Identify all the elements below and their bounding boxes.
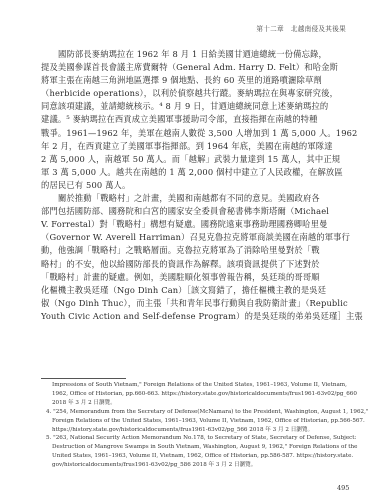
body-line: （Governor W. Averell Harriman）召見克魯拉克將軍商談…: [41, 231, 370, 244]
body-line: 化樞機主教吳廷瑾（Ngo Dinh Can）［該文寫錯了，擔任樞機主教的是吳廷: [41, 284, 370, 297]
body-line: （herbicide operations），以利於偵察越共行蹤。麥納瑪拉在與專…: [41, 87, 370, 100]
footnote-line: Foreign Relations of the United States, …: [41, 417, 370, 426]
body-line: 略村」的不安，他以給國防部長的資訊作為解釋。該項資訊提供了下述對於: [41, 258, 370, 271]
running-head: 第十二章 北越南侵及其後果: [256, 23, 346, 33]
body-line: 建議。⁵ 麥納瑪拉在西貢成立美國軍事援助司令部，直接指揮在南越的特種: [41, 113, 370, 126]
footnote-number: 5.: [46, 435, 51, 441]
body-line: V. Forrestal）對「戰略村」構想有疑慮。國務院遠東事務助理國務卿哈里曼: [41, 218, 370, 231]
page-number: 495: [337, 484, 349, 492]
body-line: 的居民已有 500 萬人。: [41, 179, 370, 192]
footnote-line: 2018 年 3 月 2 日瀏覽。: [41, 399, 370, 408]
footnote-text: "254, Memorandum from the Secretary of D…: [53, 409, 368, 415]
body-line: 關於推動「戰略村」之計畫，美國和南越都有不同的意見。美國政府各: [41, 192, 370, 205]
footnote-line[interactable]: gov/historicaldocuments/frus1961-63v02/p…: [41, 461, 370, 470]
body-line: 同意該項建議，並請總統核示。⁴ 8 月 9 日，甘迺迪總統同意上述麥納瑪拉的: [41, 100, 370, 113]
footnote-line: United States, 1961–1963, Volume II, Vie…: [41, 452, 370, 461]
body-line: 提及美國參謀首長會議主席費爾特（General Adm. Harry D. Fe…: [41, 61, 370, 74]
footnote-line: 4. "254, Memorandum from the Secretary o…: [41, 408, 370, 417]
footnote-line: Destruction of Mangrove Swamps in South …: [41, 443, 370, 452]
body-line: 將軍主張在南越三角洲地區選擇 9 個地點、長約 60 英里的道路噴灑除草劑: [41, 74, 370, 87]
body-line: 年 2 月，在西貢建立了美國軍事指揮部。到 1964 年底，美國在南越的軍隊達: [41, 140, 370, 153]
footnote-text: "263, National Security Action Memorandu…: [53, 435, 356, 441]
footnote-divider: [41, 378, 126, 379]
footnote-line: 5. "263, National Security Action Memora…: [41, 434, 370, 443]
footnote-continued: Impressions of South Vietnam," Foreign R…: [41, 381, 370, 408]
body-line: 動，他強調「戰略村」之戰略層面。克魯拉克將軍為了消除哈里曼對於「戰: [41, 244, 370, 257]
body-text: 國防部長麥納瑪拉在 1962 年 8 月 1 日給美國甘迺迪總統一份備忘錄， 提…: [41, 48, 370, 323]
body-line: 國防部長麥納瑪拉在 1962 年 8 月 1 日給美國甘迺迪總統一份備忘錄，: [41, 48, 370, 61]
body-line: 戰爭。1961—1962 年，美軍在越南人數從 3,500 人增加到 1 萬 5…: [41, 127, 370, 140]
body-line: 俶（Ngo Dinh Thuc），而主張「共和青年民事行動與自我防衛計畫」（Re…: [41, 297, 370, 310]
footnote-line[interactable]: https://history.state.gov/historicaldocu…: [41, 426, 370, 435]
footnote-5: 5. "263, National Security Action Memora…: [41, 434, 370, 470]
body-line: 軍 3 萬 5,000 人。越共在南越的 1 萬 2,000 個村中建立了人民政…: [41, 166, 370, 179]
footnote-number: 4.: [46, 409, 51, 415]
body-line: 2 萬 5,000 人，南越軍 50 萬人。而「越解」武裝力量達到 15 萬人，…: [41, 153, 370, 166]
footnote-4: 4. "254, Memorandum from the Secretary o…: [41, 408, 370, 435]
body-line: 部門包括國防部、國務院和白宮的國家安全委員會秘書佛李斯塔爾（Michael: [41, 205, 370, 218]
footnotes: Impressions of South Vietnam," Foreign R…: [41, 381, 370, 470]
footnote-line: 1962, Office of Historian, pp.660-663. h…: [41, 390, 370, 399]
footnote-line: Impressions of South Vietnam," Foreign R…: [41, 381, 370, 390]
body-line: 「戰略村」計畫的疑慮。例如，美國駐順化領事曾報告稱，吳廷琰的哥哥順: [41, 271, 370, 284]
body-line: Youth Civic Action and Self-defense Prog…: [41, 310, 370, 323]
